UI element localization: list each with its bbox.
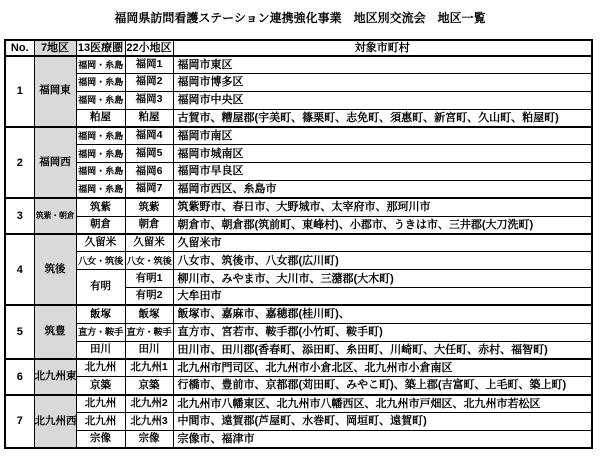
no-cell: 4 xyxy=(5,234,34,305)
table-row: 福岡・糸島福岡6福岡市早良区 xyxy=(5,163,592,181)
sub-area-cell: 田川 xyxy=(125,341,173,359)
no-cell: 5 xyxy=(5,305,34,359)
municipalities-cell: 飯塚市、嘉麻市、嘉穂郡(桂川町)、 xyxy=(173,305,592,323)
medical-area-cell: 粕屋 xyxy=(76,109,125,127)
col-header-no: No. xyxy=(5,40,34,56)
district-cell: 筑後 xyxy=(34,234,76,305)
header-row: No. 7地区 13医療圏 22小地区 対象市町村 xyxy=(5,40,592,56)
sub-area-cell: 福岡5 xyxy=(125,145,173,163)
municipalities-cell: 福岡市東区 xyxy=(173,56,592,74)
municipalities-cell: 直方市、宮若市、鞍手郡(小竹町、鞍手町) xyxy=(173,323,592,341)
district-table: No. 7地区 13医療圏 22小地区 対象市町村 1福岡東福岡・糸島福岡1福岡… xyxy=(4,39,593,449)
page-title: 福岡県訪問看護ステーション連携強化事業 地区別交流会 地区一覧 xyxy=(0,11,600,25)
medical-area-cell: 有明 xyxy=(76,270,125,306)
medical-area-cell: 宗像 xyxy=(76,430,125,448)
sub-area-cell: 飯塚 xyxy=(125,305,173,323)
sub-area-cell: 福岡1 xyxy=(125,56,173,74)
sub-area-cell: 京築 xyxy=(125,377,173,395)
sub-area-cell: 筑紫 xyxy=(125,198,173,216)
municipalities-cell: 行橋市、豊前市、京都郡(苅田町、みやこ町)、築上郡(吉富町、上毛町、築上町) xyxy=(173,377,592,395)
no-cell: 3 xyxy=(5,198,34,234)
municipalities-cell: 福岡市城南区 xyxy=(173,145,592,163)
table-row: 朝倉朝倉朝倉市、朝倉郡(筑前町、東峰村)、小郡市、うきは市、三井郡(大刀洗町) xyxy=(5,216,592,234)
sub-area-cell: 北九州2 xyxy=(125,395,173,413)
no-cell: 6 xyxy=(5,359,34,395)
table-row: 福岡・糸島福岡5福岡市城南区 xyxy=(5,145,592,163)
medical-area-cell: 福岡・糸島 xyxy=(76,73,125,91)
table-row: 直方・鞍手直方・鞍手直方市、宮若市、鞍手郡(小竹町、鞍手町) xyxy=(5,323,592,341)
table-row: 福岡・糸島福岡2福岡市博多区 xyxy=(5,73,592,91)
medical-area-cell: 福岡・糸島 xyxy=(76,163,125,181)
sub-area-cell: 福岡2 xyxy=(125,73,173,91)
table-row: 4筑後久留米久留米久留米市 xyxy=(5,234,592,252)
sub-area-cell: 直方・鞍手 xyxy=(125,323,173,341)
medical-area-cell: 北九州 xyxy=(76,412,125,430)
table-row: 6北九州東北九州北九州1北九州市門司区、北九州市小倉北区、北九州市小倉南区 xyxy=(5,359,592,377)
municipalities-cell: 北九州市門司区、北九州市小倉北区、北九州市小倉南区 xyxy=(173,359,592,377)
municipalities-cell: 福岡市南区 xyxy=(173,127,592,145)
municipalities-cell: 大牟田市 xyxy=(173,287,592,305)
medical-area-cell: 福岡・糸島 xyxy=(76,91,125,109)
district-cell: 福岡西 xyxy=(34,127,76,198)
table-row: 粕屋粕屋古賀市、糟屋郡(宇美町、篠栗町、志免町、須惠町、新宮町、久山町、粕屋町) xyxy=(5,109,592,127)
municipalities-cell: 北九州市八幡東区、北九州市八幡西区、北九州市戸畑区、北九州市若松区 xyxy=(173,395,592,413)
sub-area-cell: 有明1 xyxy=(125,270,173,288)
no-cell: 2 xyxy=(5,127,34,198)
sub-area-cell: 久留米 xyxy=(125,234,173,252)
municipalities-cell: 柳川市、みやま市、大川市、三潴郡(大木町) xyxy=(173,270,592,288)
municipalities-cell: 中間市、遠賀郡(芦屋町、水巻町、岡垣町、遠賀町) xyxy=(173,412,592,430)
medical-area-cell: 福岡・糸島 xyxy=(76,56,125,74)
sub-area-cell: 朝倉 xyxy=(125,216,173,234)
sub-area-cell: 宗像 xyxy=(125,430,173,448)
medical-area-cell: 北九州 xyxy=(76,395,125,413)
no-cell: 7 xyxy=(5,395,34,449)
table-row: 田川田川田川市、田川郡(香春町、添田町、糸田町、川崎町、大任町、赤村、福智町) xyxy=(5,341,592,359)
district-cell: 筑豊 xyxy=(34,305,76,359)
municipalities-cell: 筑紫野市、春日市、大野城市、太宰府市、那珂川市 xyxy=(173,198,592,216)
sub-area-cell: 北九州3 xyxy=(125,412,173,430)
district-cell: 北九州東 xyxy=(34,359,76,395)
table-row: 福岡・糸島福岡7福岡市西区、糸島市 xyxy=(5,180,592,198)
medical-area-cell: 八女・筑後 xyxy=(76,252,125,270)
municipalities-cell: 朝倉市、朝倉郡(筑前町、東峰村)、小郡市、うきは市、三井郡(大刀洗町) xyxy=(173,216,592,234)
table-row: 八女・筑後八女・筑後八女市、筑後市、八女郡(広川町) xyxy=(5,252,592,270)
medical-area-cell: 田川 xyxy=(76,341,125,359)
municipalities-cell: 福岡市西区、糸島市 xyxy=(173,180,592,198)
sub-area-cell: 福岡6 xyxy=(125,163,173,181)
municipalities-cell: 古賀市、糟屋郡(宇美町、篠栗町、志免町、須惠町、新宮町、久山町、粕屋町) xyxy=(173,109,592,127)
municipalities-cell: 宗像市、福津市 xyxy=(173,430,592,448)
medical-area-cell: 福岡・糸島 xyxy=(76,127,125,145)
no-cell: 1 xyxy=(5,56,34,127)
medical-area-cell: 久留米 xyxy=(76,234,125,252)
medical-area-cell: 福岡・糸島 xyxy=(76,145,125,163)
sub-area-cell: 福岡3 xyxy=(125,91,173,109)
medical-area-cell: 福岡・糸島 xyxy=(76,180,125,198)
table-row: 有明有明1柳川市、みやま市、大川市、三潴郡(大木町) xyxy=(5,270,592,288)
medical-area-cell: 朝倉 xyxy=(76,216,125,234)
medical-area-cell: 京築 xyxy=(76,377,125,395)
district-cell: 福岡東 xyxy=(34,56,76,127)
table-row: 福岡・糸島福岡3福岡市中央区 xyxy=(5,91,592,109)
table-row: 宗像宗像宗像市、福津市 xyxy=(5,430,592,448)
sub-area-cell: 八女・筑後 xyxy=(125,252,173,270)
table-row: 3筑紫・朝倉筑紫筑紫筑紫野市、春日市、大野城市、太宰府市、那珂川市 xyxy=(5,198,592,216)
municipalities-cell: 福岡市中央区 xyxy=(173,91,592,109)
municipalities-cell: 福岡市博多区 xyxy=(173,73,592,91)
sub-area-cell: 粕屋 xyxy=(125,109,173,127)
sub-area-cell: 有明2 xyxy=(125,287,173,305)
medical-area-cell: 北九州 xyxy=(76,359,125,377)
col-header-medical-area: 13医療圏 xyxy=(76,40,125,56)
table-row: 京築京築行橋市、豊前市、京都郡(苅田町、みやこ町)、築上郡(吉富町、上毛町、築上… xyxy=(5,377,592,395)
col-header-municipalities: 対象市町村 xyxy=(173,40,592,56)
municipalities-cell: 田川市、田川郡(香春町、添田町、糸田町、川崎町、大任町、赤村、福智町) xyxy=(173,341,592,359)
medical-area-cell: 飯塚 xyxy=(76,305,125,323)
page: 福岡県訪問看護ステーション連携強化事業 地区別交流会 地区一覧 No. 7地区 … xyxy=(0,0,600,456)
col-header-sub-area: 22小地区 xyxy=(125,40,173,56)
col-header-district: 7地区 xyxy=(34,40,76,56)
district-cell: 筑紫・朝倉 xyxy=(34,198,76,234)
municipalities-cell: 久留米市 xyxy=(173,234,592,252)
table-row: 5筑豊飯塚飯塚飯塚市、嘉麻市、嘉穂郡(桂川町)、 xyxy=(5,305,592,323)
sub-area-cell: 福岡7 xyxy=(125,180,173,198)
sub-area-cell: 北九州1 xyxy=(125,359,173,377)
medical-area-cell: 筑紫 xyxy=(76,198,125,216)
district-cell: 北九州西 xyxy=(34,395,76,449)
sub-area-cell: 福岡4 xyxy=(125,127,173,145)
municipalities-cell: 八女市、筑後市、八女郡(広川町) xyxy=(173,252,592,270)
table-row: 2福岡西福岡・糸島福岡4福岡市南区 xyxy=(5,127,592,145)
medical-area-cell: 直方・鞍手 xyxy=(76,323,125,341)
table-row: 1福岡東福岡・糸島福岡1福岡市東区 xyxy=(5,56,592,74)
municipalities-cell: 福岡市早良区 xyxy=(173,163,592,181)
table-row: 北九州北九州3中間市、遠賀郡(芦屋町、水巻町、岡垣町、遠賀町) xyxy=(5,412,592,430)
table-row: 7北九州西北九州北九州2北九州市八幡東区、北九州市八幡西区、北九州市戸畑区、北九… xyxy=(5,395,592,413)
